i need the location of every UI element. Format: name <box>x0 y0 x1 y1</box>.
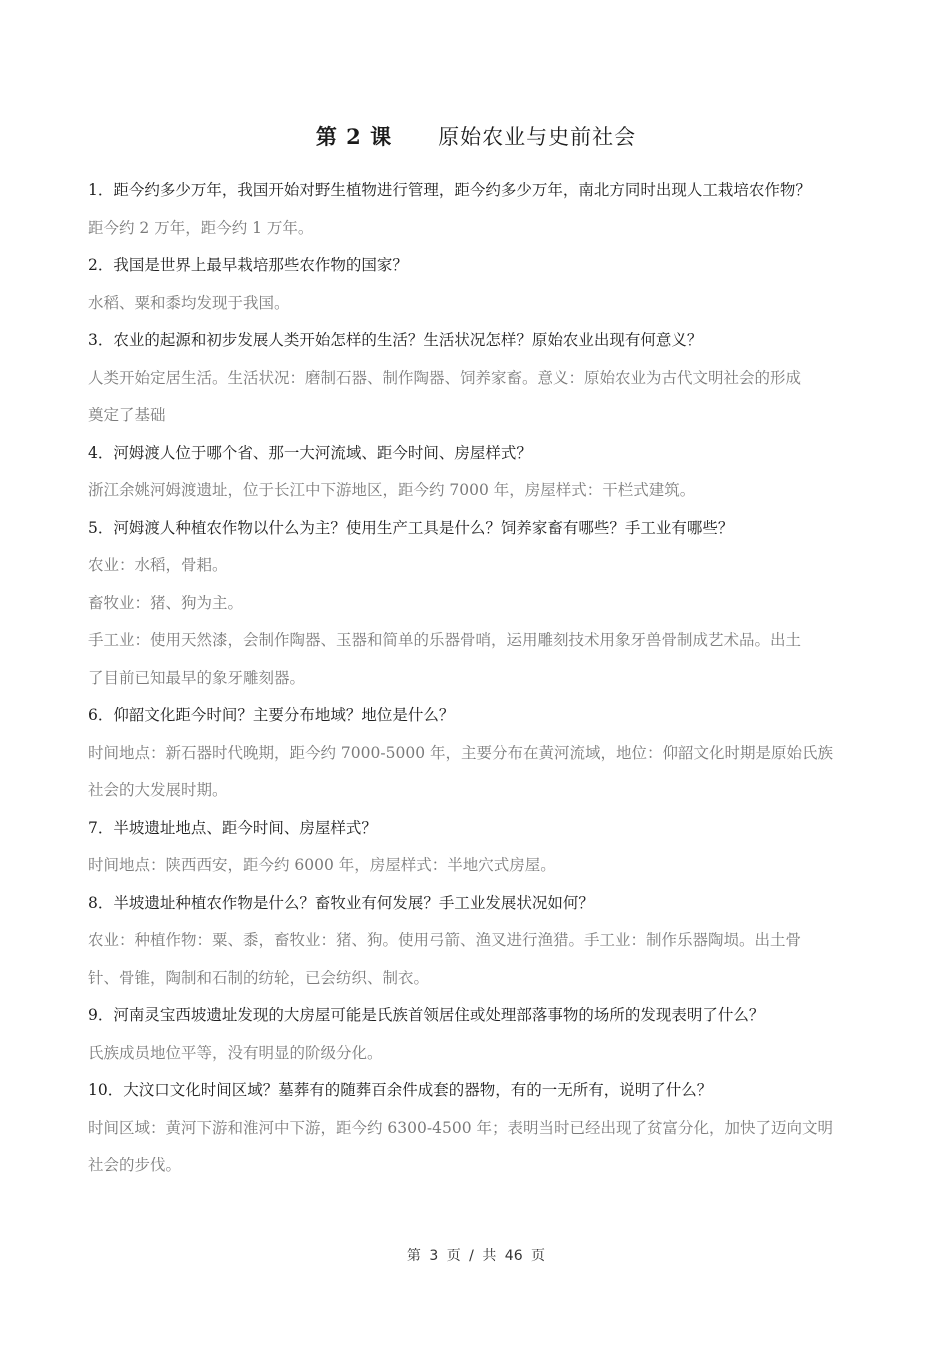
qa-content: 1．距今约多少万年，我国开始对野生植物进行管理，距今约多少万年，南北方同时出现人… <box>88 172 878 1185</box>
answer-2: 水稻、粟和黍均发现于我国。 <box>88 285 878 323</box>
lesson-name: 原始农业与史前社会 <box>438 125 636 149</box>
answer-6-line-2: 社会的大发展时期。 <box>88 772 878 810</box>
lesson-number: 第 2 课 <box>316 124 392 149</box>
answer-3-line-1: 人类开始定居生活。生活状况：磨制石器、制作陶器、饲养家畜。意义：原始农业为古代文… <box>88 360 878 398</box>
answer-3-line-2: 奠定了基础 <box>88 397 878 435</box>
answer-5-agriculture: 农业：水稻，骨耜。 <box>88 547 878 585</box>
answer-1: 距今约 2 万年，距今约 1 万年。 <box>88 210 878 248</box>
answer-5-handicraft-line-1: 手工业：使用天然漆，会制作陶器、玉器和简单的乐器骨哨，运用雕刻技术用象牙兽骨制成… <box>88 622 878 660</box>
question-8: 8．半坡遗址种植农作物是什么？畜牧业有何发展？手工业发展状况如何？ <box>88 885 878 923</box>
question-1: 1．距今约多少万年，我国开始对野生植物进行管理，距今约多少万年，南北方同时出现人… <box>88 172 878 210</box>
question-10: 10．大汶口文化时间区域？墓葬有的随葬百余件成套的器物，有的一无所有，说明了什么… <box>88 1072 878 1110</box>
question-7: 7．半坡遗址地点、距今时间、房屋样式？ <box>88 810 878 848</box>
answer-7: 时间地点：陕西西安，距今约 6000 年，房屋样式：半地穴式房屋。 <box>88 847 878 885</box>
lesson-title: 第 2 课 原始农业与史前社会 <box>0 121 952 151</box>
answer-8-line-1: 农业：种植作物：粟、黍，畜牧业：猪、狗。使用弓箭、渔叉进行渔猎。手工业：制作乐器… <box>88 922 878 960</box>
question-3: 3．农业的起源和初步发展人类开始怎样的生活？生活状况怎样？原始农业出现有何意义？ <box>88 322 878 360</box>
answer-10-line-2: 社会的步伐。 <box>88 1147 878 1185</box>
answer-8-line-2: 针、骨锥，陶制和石制的纺轮，已会纺织、制衣。 <box>88 960 878 998</box>
answer-4: 浙江余姚河姆渡遗址，位于长江中下游地区，距今约 7000 年，房屋样式：干栏式建… <box>88 472 878 510</box>
answer-6-line-1: 时间地点：新石器时代晚期，距今约 7000-5000 年，主要分布在黄河流域，地… <box>88 735 878 773</box>
answer-5-livestock: 畜牧业：猪、狗为主。 <box>88 585 878 623</box>
answer-10-line-1: 时间区域：黄河下游和淮河中下游，距今约 6300-4500 年；表明当时已经出现… <box>88 1110 878 1148</box>
question-2: 2．我国是世界上最早栽培那些农作物的国家？ <box>88 247 878 285</box>
question-9: 9．河南灵宝西坡遗址发现的大房屋可能是氏族首领居住或处理部落事物的场所的发现表明… <box>88 997 878 1035</box>
document-page: 第 2 课 原始农业与史前社会 1．距今约多少万年，我国开始对野生植物进行管理，… <box>0 0 952 1347</box>
answer-5-handicraft-line-2: 了目前已知最早的象牙雕刻器。 <box>88 660 878 698</box>
question-5: 5．河姆渡人种植农作物以什么为主？使用生产工具是什么？饲养家畜有哪些？手工业有哪… <box>88 510 878 548</box>
answer-9: 氏族成员地位平等，没有明显的阶级分化。 <box>88 1035 878 1073</box>
question-6: 6．仰韶文化距今时间？主要分布地域？地位是什么？ <box>88 697 878 735</box>
question-4: 4．河姆渡人位于哪个省、那一大河流域、距今时间、房屋样式？ <box>88 435 878 473</box>
page-number-footer: 第 3 页 / 共 46 页 <box>0 1245 952 1265</box>
